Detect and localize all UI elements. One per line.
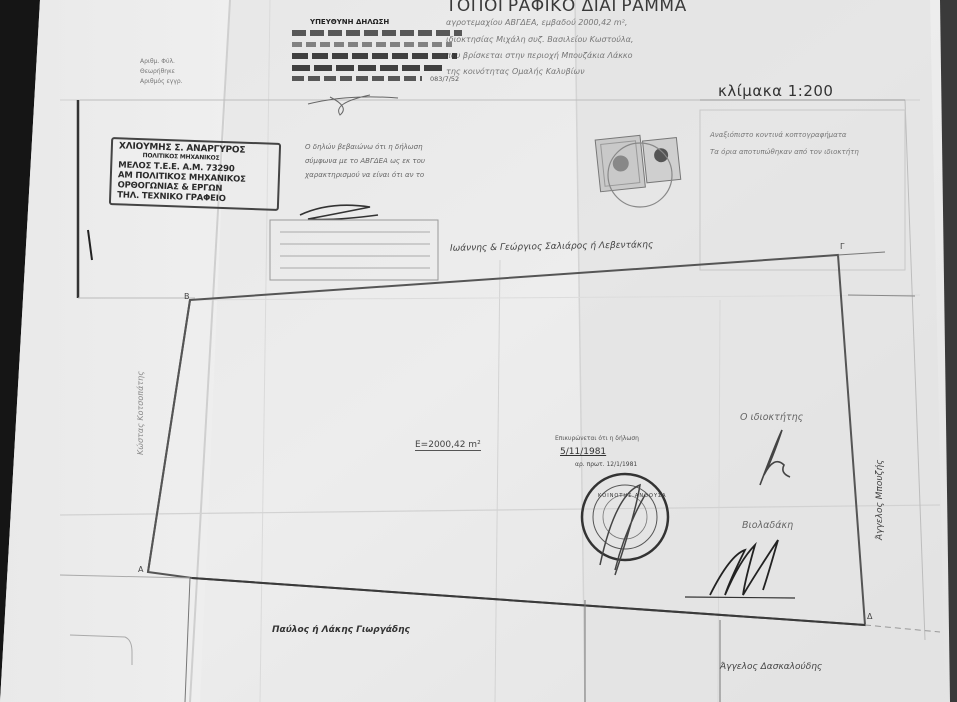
vertex-label: Δ bbox=[867, 612, 872, 621]
stamp-heading: ΥΠΕΥΘΥΝΗ ΔΗΛΩΣΗ bbox=[310, 18, 389, 26]
declaration-text: χαρακτηρισμού να είναι ότι αν το bbox=[305, 171, 424, 179]
vertex-label: Α bbox=[138, 565, 143, 574]
document-photo bbox=[0, 0, 957, 702]
west-neighbor: Κώστας Κοτσοπάτης bbox=[136, 371, 145, 455]
document-title: ΤΟΠΟΓΡΑΦΙΚΟ ΔΙΑΓΡΑΜΜΑ bbox=[446, 0, 687, 16]
description-line: της κοινότητας Ομαλής Καλυβίων bbox=[446, 67, 585, 76]
stamp-ref: 083/7/52 bbox=[430, 75, 459, 83]
certification-ref: αρ. πρωτ. 12/1/1981 bbox=[575, 461, 637, 468]
south-neighbor: Παύλος ή Λάκης Γιωργάδης bbox=[272, 625, 410, 635]
seal-text: ΚΟΙΝΟΤΗΣ ΑΝΘΟΥΣΑ bbox=[598, 493, 667, 499]
engineer-stamp: ΧΛΙΟΥΜΗΣ Σ. ΑΝΑΡΓΥΡΟΣ ΠΟΛΙΤΙΚΟΣ ΜΗΧΑΝΙΚΟ… bbox=[109, 137, 281, 211]
note-line: Τα όρια αποτυπώθηκαν από τον ιδιοκτήτη bbox=[710, 148, 859, 156]
margin-text: Αριθμ. Φύλ. bbox=[140, 58, 175, 65]
vertex-label: Β bbox=[184, 292, 190, 301]
declaration-text: Ο δηλών βεβαιώνω ότι η δήλωση bbox=[305, 143, 423, 151]
description-line: αγροτεμαχίου ΑΒΓΔΕΑ, εμβαδού 2000,42 m², bbox=[446, 18, 627, 27]
margin-text: Θεωρήθηκε bbox=[140, 68, 175, 75]
margin-text: Αριθμός εγγρ. bbox=[140, 78, 183, 85]
plot-area: Ε=2000,42 m² bbox=[415, 440, 481, 451]
description-line: που βρίσκεται στην περιοχή Μπουζάκια Λάκ… bbox=[446, 51, 633, 60]
vertex-label: Γ bbox=[840, 242, 844, 251]
southeast-neighbor: Άγγελος Δασκαλούδης bbox=[720, 662, 822, 672]
note-line: Αναξιόπιστο κοντινά κοπτογραφήματα bbox=[710, 131, 847, 139]
description-line: ιδιοκτησίας Μιχάλη συζ. Βασιλείου Κωστού… bbox=[446, 35, 633, 44]
certification-line: Επικυρώνεται ότι η δήλωση bbox=[555, 435, 639, 442]
east-neighbor: Άγγελος Μπουζής bbox=[875, 460, 885, 540]
certification-date: 5/11/1981 bbox=[560, 447, 606, 457]
owner-signature-label: Ο ιδιοκτήτης bbox=[740, 412, 803, 423]
scale-label: κλίμακα 1:200 bbox=[718, 82, 833, 100]
declaration-text: σύμφωνα με το ΑΒΓΔΕΑ ως εκ του bbox=[305, 157, 425, 165]
second-signature-label: Βιολαδάκη bbox=[742, 520, 793, 531]
stamp-line: ΠΟΛΙΤΙΚΟΣ ΜΗΧΑΝΙΚΟΣ bbox=[142, 152, 219, 162]
